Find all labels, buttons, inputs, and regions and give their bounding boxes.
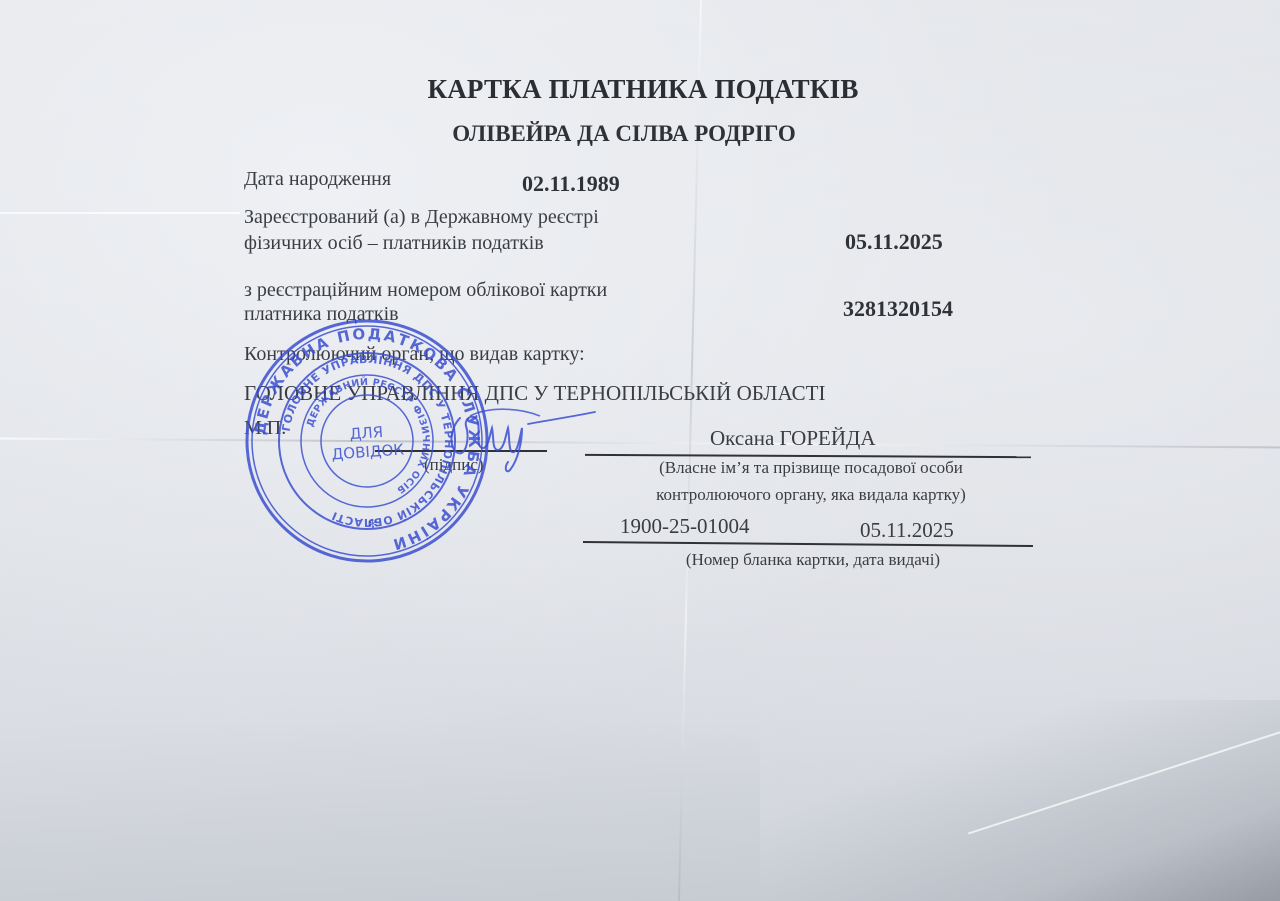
svg-text:ГОЛОВНЕ УПРАВЛІННЯ ДПС У ТЕРНО: ГОЛОВНЕ УПРАВЛІННЯ ДПС У ТЕРНОПІЛЬСЬКІЙ … xyxy=(275,347,461,535)
fold-line xyxy=(0,212,240,214)
reg-number-label-line2: платника податків xyxy=(244,301,399,327)
paper-shadow xyxy=(760,700,1280,901)
fold-line xyxy=(968,728,1280,835)
official-caption-line2: контролюючого органу, яка видала картку) xyxy=(585,485,1037,505)
form-caption: (Номер бланка картки, дата видачі) xyxy=(583,550,1043,570)
snowflake-icon: ✻ xyxy=(367,516,378,531)
form-number-line xyxy=(583,541,1033,547)
reg-number-label-line1: з реєстраційним номером облікової картки xyxy=(244,277,607,303)
form-number: 1900-25-01004 xyxy=(620,514,750,539)
stamp-inner-text: ГОЛОВНЕ УПРАВЛІННЯ ДПС У ТЕРНОПІЛЬСЬКІЙ … xyxy=(275,347,461,535)
seal-label: М.П. xyxy=(244,415,286,441)
signature-caption: (підпис) xyxy=(424,455,484,475)
registered-label-line2: фізичних осіб – платників податків xyxy=(244,230,544,256)
official-caption-line1: (Власне ім’я та прізвище посадової особи xyxy=(585,458,1037,478)
issue-date: 05.11.2025 xyxy=(860,518,954,543)
stamp-center-line1: ДЛЯ xyxy=(349,423,384,443)
birth-date-label: Дата народження xyxy=(244,166,391,192)
registered-label-line1: Зареєстрований (а) в Державному реєстрі xyxy=(244,204,599,230)
reg-number-value: 3281320154 xyxy=(843,296,953,322)
fold-line xyxy=(0,438,1280,449)
registration-date-value: 05.11.2025 xyxy=(845,229,943,255)
birth-date-value: 02.11.1989 xyxy=(522,171,620,197)
document-title: КАРТКА ПЛАТНИКА ПОДАТКІВ xyxy=(0,74,1280,105)
authority-name: ГОЛОВНЕ УПРАВЛІННЯ ДПС У ТЕРНОПІЛЬСЬКІЙ … xyxy=(244,380,825,406)
authority-label: Контролюючий орган, що видав картку: xyxy=(244,341,585,367)
official-name: Оксана ГОРЕЙДА xyxy=(710,426,876,451)
holder-name: ОЛІВЕЙРА ДА СІЛВА РОДРІГО xyxy=(0,121,1248,147)
paper-shadow xyxy=(0,720,760,901)
signature-line xyxy=(375,450,547,452)
